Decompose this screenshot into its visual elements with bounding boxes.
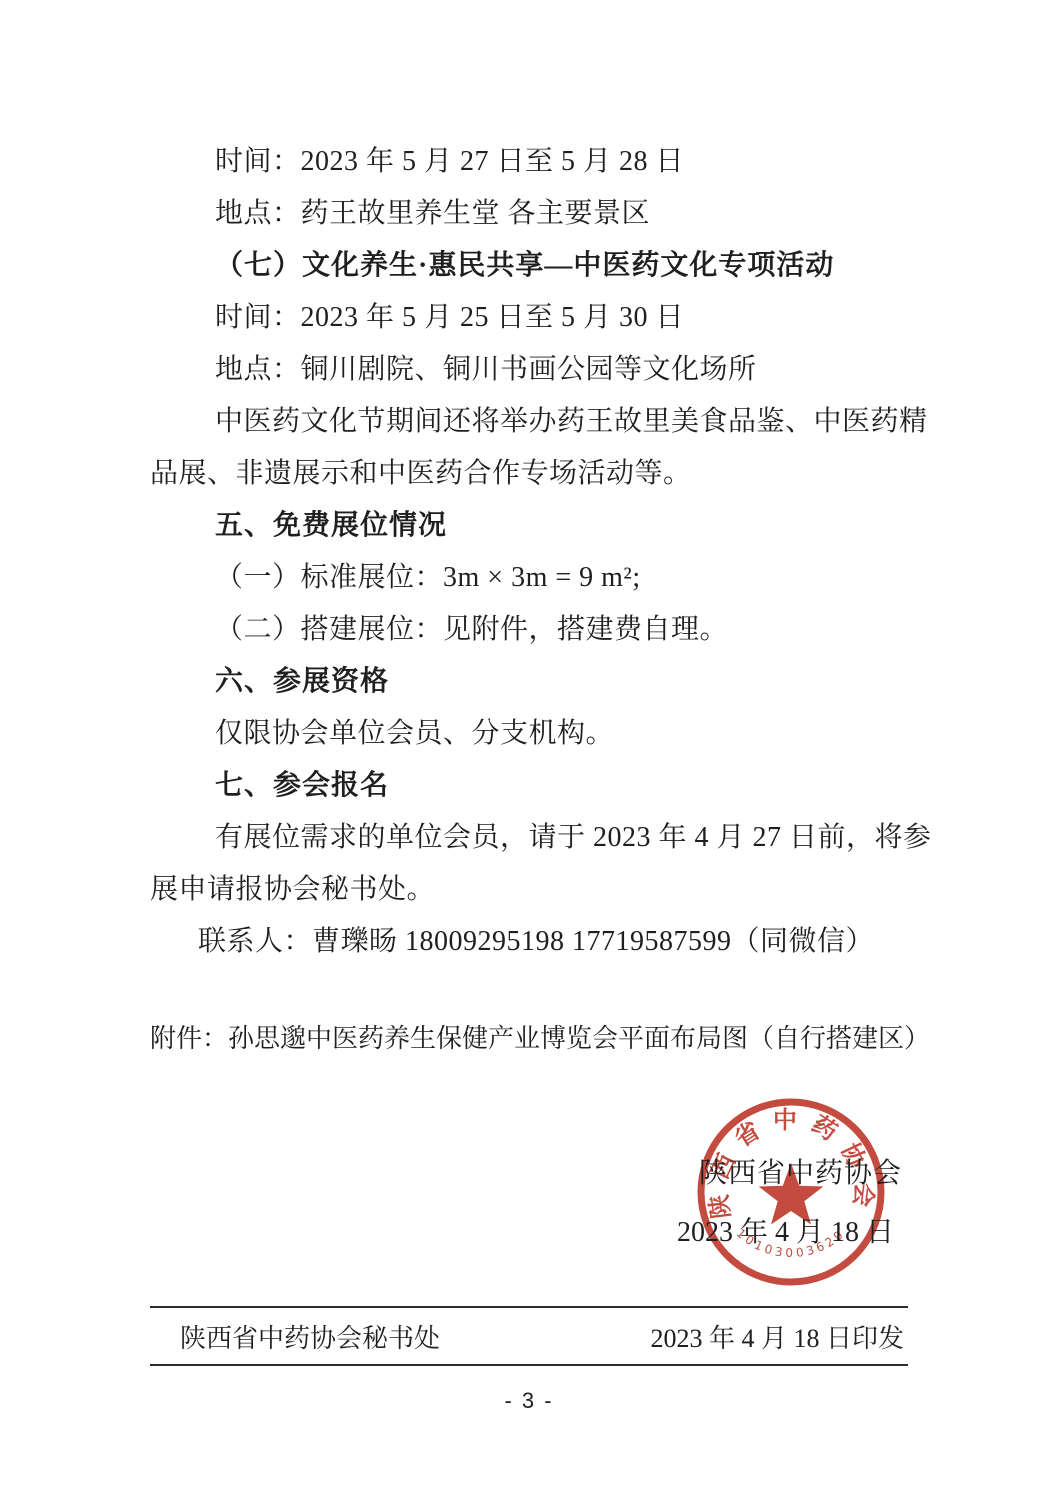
section-heading-6: 六、参展资格 — [150, 656, 920, 708]
body-line: 有展位需求的单位会员，请于 2023 年 4 月 27 日前，将参 — [150, 812, 920, 864]
body-line: （一）标准展位：3m × 3m = 9 m²; — [150, 552, 920, 604]
colophon: 陕西省中药协会秘书处 2023 年 4 月 18 日印发 — [150, 1306, 908, 1366]
contact-line: 联系人：曹瓅旸 18009295198 17719587599（同微信） — [150, 916, 920, 968]
signature-date: 2023 年 4 月 18 日 — [677, 1210, 894, 1250]
document-page: 时间：2023 年 5 月 27 日至 5 月 28 日 地点：药王故里养生堂 … — [0, 0, 1061, 1500]
section-heading-5: 五、免费展位情况 — [150, 500, 920, 552]
colophon-issuer: 陕西省中药协会秘书处 — [180, 1318, 440, 1355]
body-line: 展申请报协会秘书处。 — [150, 864, 920, 916]
body-line: 时间：2023 年 5 月 25 日至 5 月 30 日 — [150, 292, 920, 344]
body-line: 地点：铜川剧院、铜川书画公园等文化场所 — [150, 344, 920, 396]
official-seal: 陕西省中药协会 6101030036292 — [691, 1092, 891, 1292]
section-heading-7: （七）文化养生·惠民共享—中医药文化专项活动 — [150, 240, 920, 292]
page-number: - 3 - — [150, 1388, 908, 1414]
body-line: 地点：药王故里养生堂 各主要景区 — [150, 188, 920, 240]
body-text-block: 时间：2023 年 5 月 27 日至 5 月 28 日 地点：药王故里养生堂 … — [150, 136, 920, 968]
body-line: 仅限协会单位会员、分支机构。 — [150, 708, 920, 760]
colophon-print-date: 2023 年 4 月 18 日印发 — [650, 1318, 904, 1355]
body-line: 品展、非遗展示和中医药合作专场活动等。 — [150, 448, 920, 500]
body-line: （二）搭建展位：见附件，搭建费自理。 — [150, 604, 920, 656]
body-line: 中医药文化节期间还将举办药王故里美食品鉴、中医药精 — [150, 396, 920, 448]
section-heading-7b: 七、参会报名 — [150, 760, 920, 812]
signature-organization: 陕西省中药协会 — [699, 1151, 902, 1191]
attachment-note: 附件：孙思邈中医药养生保健产业博览会平面布局图（自行搭建区） — [150, 1022, 940, 1056]
body-line: 时间：2023 年 5 月 27 日至 5 月 28 日 — [150, 136, 920, 188]
